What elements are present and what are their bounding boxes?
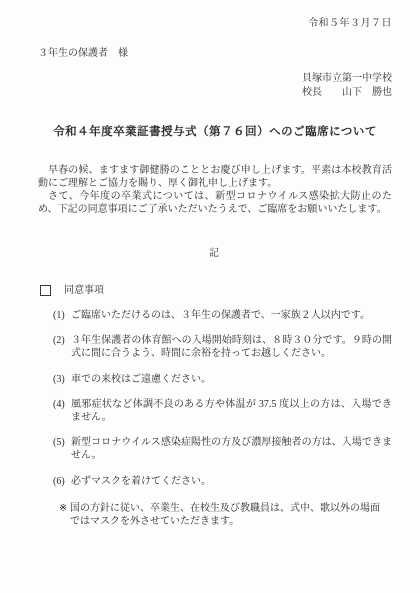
sender-school: 貝塚市立第一中学校 [302, 72, 392, 85]
agreement-heading-row: 同意事項 [38, 284, 392, 297]
note-marker: ※ [59, 502, 70, 528]
item-number: (3) [53, 373, 71, 386]
body-paragraphs: 早春の候、ますます御健勝のこととお慶び申し上げます。平素は本校教育活動にご理解と… [38, 164, 392, 217]
item-text: 新型コロナウイルス感染症陽性の方及び濃厚接触者の方は、入場できません。 [71, 436, 392, 462]
sender-principal: 校長 山下 勝也 [302, 86, 392, 99]
item-number: (5) [53, 436, 71, 462]
item-number: (2) [53, 334, 71, 360]
document-date: 令和５年３月７日 [38, 17, 392, 30]
agreement-item: (6) 必ずマスクを着けてください。 [53, 475, 392, 488]
note-text: 国の方針に従い、卒業生、在校生及び教職員は、式中、歌以外の場面ではマスクを外させ… [70, 502, 380, 528]
item-text: 車での来校はご遠慮ください。 [71, 373, 392, 386]
mask-policy-note: ※ 国の方針に従い、卒業生、在校生及び教職員は、式中、歌以外の場面ではマスクを外… [59, 502, 392, 528]
body-paragraph-2: さて、今年度の卒業式については、新型コロナウイルス感染拡大防止のため、下記の同意… [38, 190, 392, 216]
agreement-item: (5) 新型コロナウイルス感染症陽性の方及び濃厚接触者の方は、入場できません。 [53, 436, 392, 462]
document-title: 令和４年度卒業証書授与式（第７６回）へのご臨席について [38, 125, 392, 140]
body-paragraph-1: 早春の候、ますます御健勝のこととお慶び申し上げます。平素は本校教育活動にご理解と… [38, 164, 392, 190]
sender-block: 貝塚市立第一中学校 校長 山下 勝也 [38, 72, 392, 98]
item-text: ご臨席いただけるのは、３年生の保護者で、一家族２人以内です。 [71, 309, 392, 322]
item-text: ３年生保護者の体育館への入場開始時刻は、８時３０分です。９時の開式に間に合うよう… [71, 334, 392, 360]
item-number: (4) [53, 398, 71, 424]
notice-document: 令和５年３月７日 ３年生の保護者 様 貝塚市立第一中学校 校長 山下 勝也 令和… [0, 0, 420, 593]
item-number: (1) [53, 309, 71, 322]
recipient-line: ３年生の保護者 様 [38, 47, 392, 60]
agreement-item: (4) 風邪症状など体調不良のある方や体温が 37.5 度以上の方は、入場できま… [53, 398, 392, 424]
agreement-heading: 同意事項 [64, 284, 104, 297]
item-number: (6) [53, 475, 71, 488]
item-text: 風邪症状など体調不良のある方や体温が 37.5 度以上の方は、入場できません。 [71, 398, 392, 424]
agreement-checkbox [40, 285, 51, 296]
agreement-item: (3) 車での来校はご遠慮ください。 [53, 373, 392, 386]
item-text: 必ずマスクを着けてください。 [71, 475, 392, 488]
agreement-item: (1) ご臨席いただけるのは、３年生の保護者で、一家族２人以内です。 [53, 309, 392, 322]
agreement-items: (1) ご臨席いただけるのは、３年生の保護者で、一家族２人以内です。 (2) ３… [38, 309, 392, 528]
ki-marker: 記 [38, 247, 392, 260]
agreement-item: (2) ３年生保護者の体育館への入場開始時刻は、８時３０分です。９時の開式に間に… [53, 334, 392, 360]
